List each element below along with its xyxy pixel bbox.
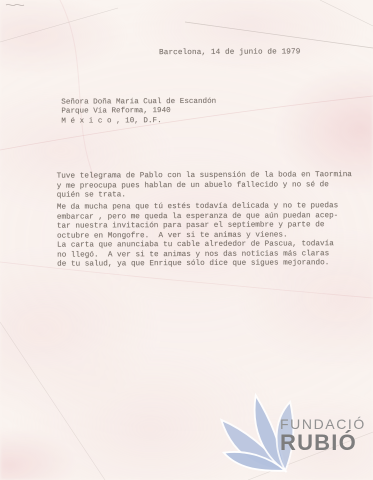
logo-wordmark: FUNDACIÓ RUBIÓ <box>280 417 366 454</box>
recipient-city: M é x i c o , 10, D.F. <box>61 117 161 126</box>
paragraph-3: La carta que anunciaba tu cable alrededo… <box>57 240 357 271</box>
date-line: Barcelona, 14 de junio de 1979 <box>159 48 300 57</box>
paragraph-2: Me da mucha pena que tú estés todavía de… <box>57 202 357 242</box>
fundacio-rubio-logo: FUNDACIÓ RUBIÓ <box>218 391 366 475</box>
recipient-address-block: Señora Doña María Cual de EscandónParque… <box>61 98 216 136</box>
letter-page: Barcelona, 14 de junio de 1979 Señora Do… <box>0 0 373 480</box>
recipient-street: Parque Vía Reforma, 1940 <box>61 107 170 116</box>
logo-org-surname: RUBIÓ <box>280 432 366 454</box>
recipient-name: Señora Doña María Cual de Escandón <box>61 98 216 107</box>
logo-org-name: FUNDACIÓ <box>280 417 366 431</box>
paragraph-1: Tuve telegrama de Pablo con la suspensió… <box>57 171 357 202</box>
